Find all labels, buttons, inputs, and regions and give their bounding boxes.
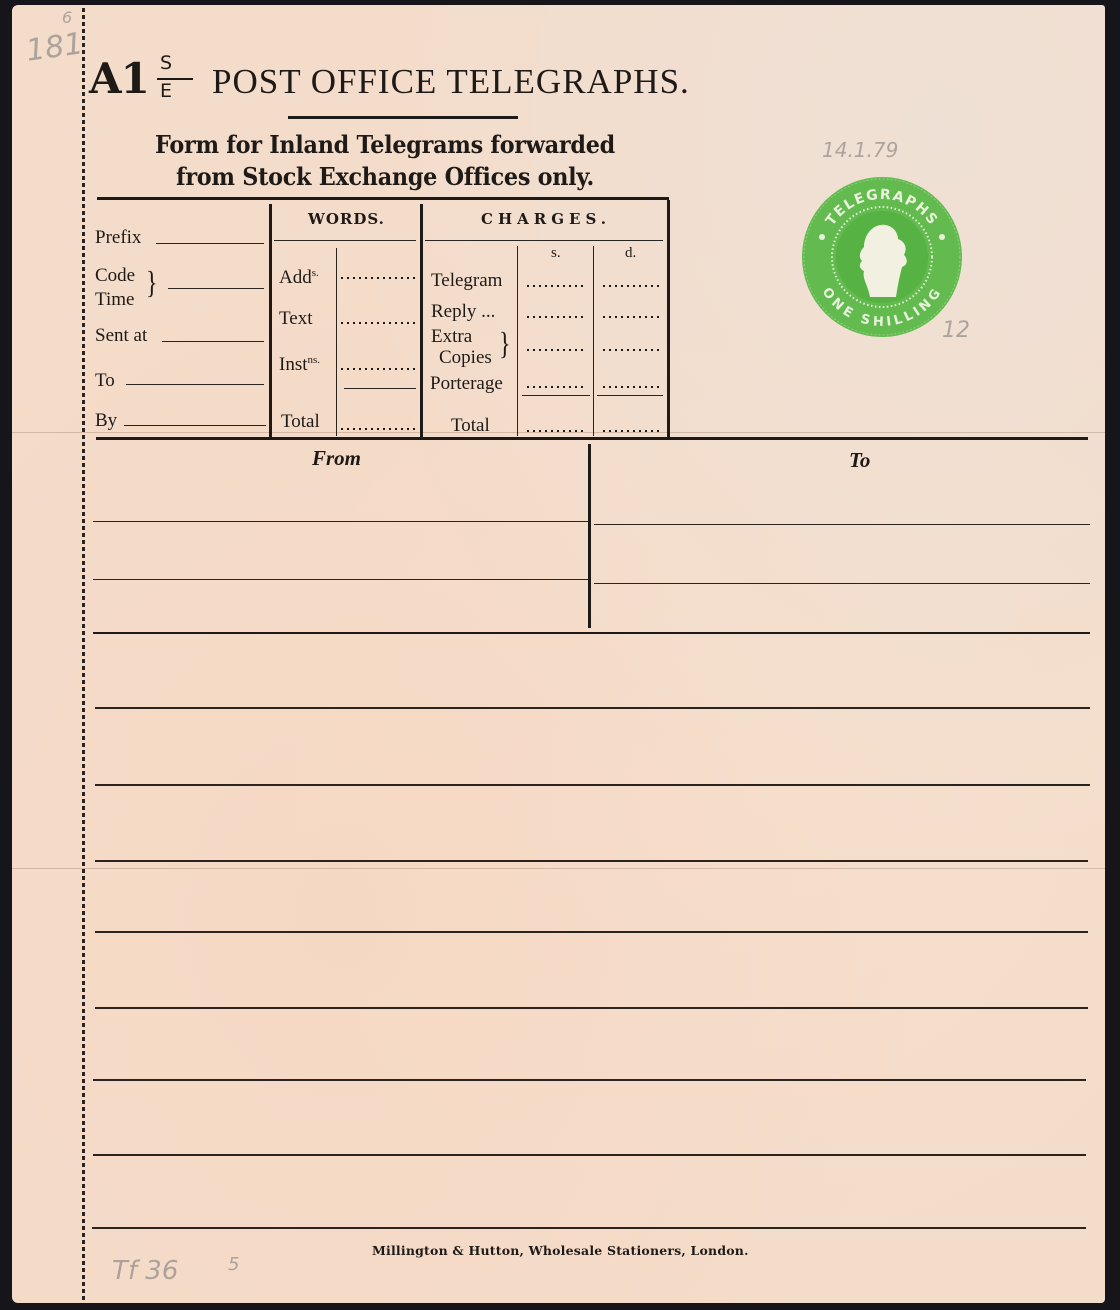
- pencil-note-date: 14.1.79: [822, 138, 898, 162]
- charge-row-label: Telegram: [431, 271, 502, 290]
- charge-row-label: Copies: [439, 348, 492, 367]
- words-header-rule: [274, 240, 416, 241]
- address-top-border: [96, 437, 1088, 440]
- prefix-label: Prefix: [95, 228, 141, 247]
- code-time-field[interactable]: [168, 288, 264, 289]
- form-subtitle: Form for Inland Telegrams forwarded from…: [148, 129, 622, 193]
- words-row-label: Adds.: [279, 268, 319, 287]
- charges-sum-rule: [522, 395, 590, 396]
- fold-crease: [12, 432, 1105, 433]
- porterage-s-field[interactable]: [527, 386, 587, 388]
- telegram-d-field[interactable]: [603, 285, 663, 287]
- words-column-divider: [336, 248, 337, 436]
- words-left-border: [269, 204, 272, 437]
- words-text-field[interactable]: [341, 322, 417, 324]
- to-label: To: [95, 371, 115, 390]
- by-label: By: [95, 411, 117, 430]
- brace: }: [499, 329, 511, 360]
- pencil-note-bottom-2: 5: [228, 1254, 239, 1275]
- from-line[interactable]: [93, 579, 588, 580]
- words-row-label: Instns.: [279, 355, 320, 374]
- message-line[interactable]: [95, 1007, 1088, 1009]
- sent-at-field[interactable]: [162, 341, 264, 342]
- to-field[interactable]: [126, 384, 264, 385]
- title-underline: [288, 116, 518, 119]
- brace: }: [146, 268, 158, 299]
- by-field[interactable]: [124, 425, 266, 426]
- from-to-divider: [588, 444, 591, 628]
- fold-crease: [12, 868, 1105, 869]
- charge-row-label: Reply ...: [431, 302, 495, 321]
- pence-col-label: d.: [625, 246, 636, 261]
- sent-at-label: Sent at: [95, 326, 147, 345]
- charge-row-label: Extra: [431, 327, 472, 346]
- time-label: Time: [95, 290, 134, 309]
- reply-d-field[interactable]: [603, 316, 663, 318]
- words-address-field[interactable]: [341, 277, 417, 279]
- message-line[interactable]: [93, 1154, 1086, 1156]
- charges-left-border: [420, 204, 423, 437]
- charges-header: CHARGES.: [481, 210, 611, 228]
- extra-copies-d-field[interactable]: [603, 349, 663, 351]
- message-line[interactable]: [92, 1227, 1086, 1229]
- message-line[interactable]: [95, 784, 1090, 786]
- message-line[interactable]: [95, 707, 1090, 709]
- perforated-edge: [82, 8, 85, 1302]
- subtitle-line-2: from Stock Exchange Offices only.: [148, 161, 622, 193]
- total-s-field[interactable]: [527, 430, 587, 432]
- printer-imprint: Millington & Hutton, Wholesale Stationer…: [372, 1243, 749, 1258]
- from-line[interactable]: [93, 521, 588, 522]
- extra-copies-s-field[interactable]: [527, 349, 587, 351]
- reply-s-field[interactable]: [527, 316, 587, 318]
- shillings-col-label: s.: [551, 246, 561, 261]
- subtitle-line-1: Form for Inland Telegrams forwarded: [148, 129, 622, 161]
- to-heading: To: [849, 448, 870, 473]
- fraction-bottom: E: [160, 82, 172, 101]
- words-total-rule: [344, 388, 416, 389]
- total-d-field[interactable]: [603, 430, 663, 432]
- fraction-top: S: [160, 54, 172, 73]
- form-code: A1: [89, 58, 149, 100]
- message-top-border: [93, 632, 1090, 634]
- message-line[interactable]: [93, 1079, 1086, 1081]
- pencil-note-small: 6: [62, 8, 72, 27]
- message-line[interactable]: [95, 931, 1088, 933]
- form-title: POST OFFICE TELEGRAPHS.: [212, 64, 690, 99]
- to-line[interactable]: [594, 583, 1090, 584]
- pencil-note-bottom: Tf 36: [112, 1256, 178, 1286]
- charges-right-border: [667, 200, 670, 437]
- words-row-label: Text: [279, 309, 313, 328]
- charge-row-label: Porterage: [430, 374, 503, 393]
- to-line[interactable]: [594, 524, 1090, 525]
- table-top-border: [97, 197, 669, 200]
- words-row-label: Total: [281, 412, 320, 431]
- prefix-field[interactable]: [156, 243, 264, 244]
- charges-s-divider: [517, 246, 518, 436]
- charges-d-divider: [593, 246, 594, 436]
- from-heading: From: [312, 446, 361, 471]
- words-header: WORDS.: [308, 210, 385, 228]
- charge-row-label: Total: [451, 416, 490, 435]
- telegram-s-field[interactable]: [527, 285, 587, 287]
- message-line[interactable]: [95, 860, 1088, 862]
- words-total-field[interactable]: [341, 428, 417, 430]
- charges-sum-rule: [597, 395, 663, 396]
- form-code-fraction: S E: [157, 54, 193, 104]
- charges-header-rule: [425, 240, 663, 241]
- porterage-d-field[interactable]: [603, 386, 663, 388]
- words-instructions-field[interactable]: [341, 368, 417, 370]
- code-label: Code: [95, 266, 135, 285]
- embossed-one-shilling-stamp: TELEGRAPHS ONE SHILLING: [800, 175, 964, 339]
